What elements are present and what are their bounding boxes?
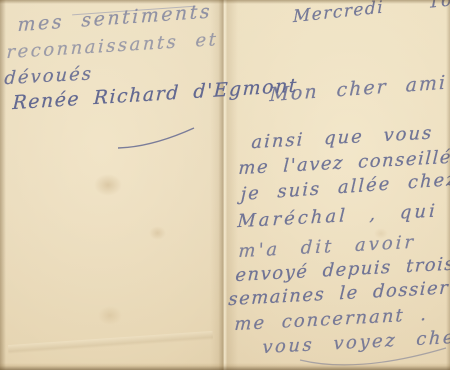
letter-scan: mes sentiments reconnaissants et dévoués… <box>0 0 450 370</box>
